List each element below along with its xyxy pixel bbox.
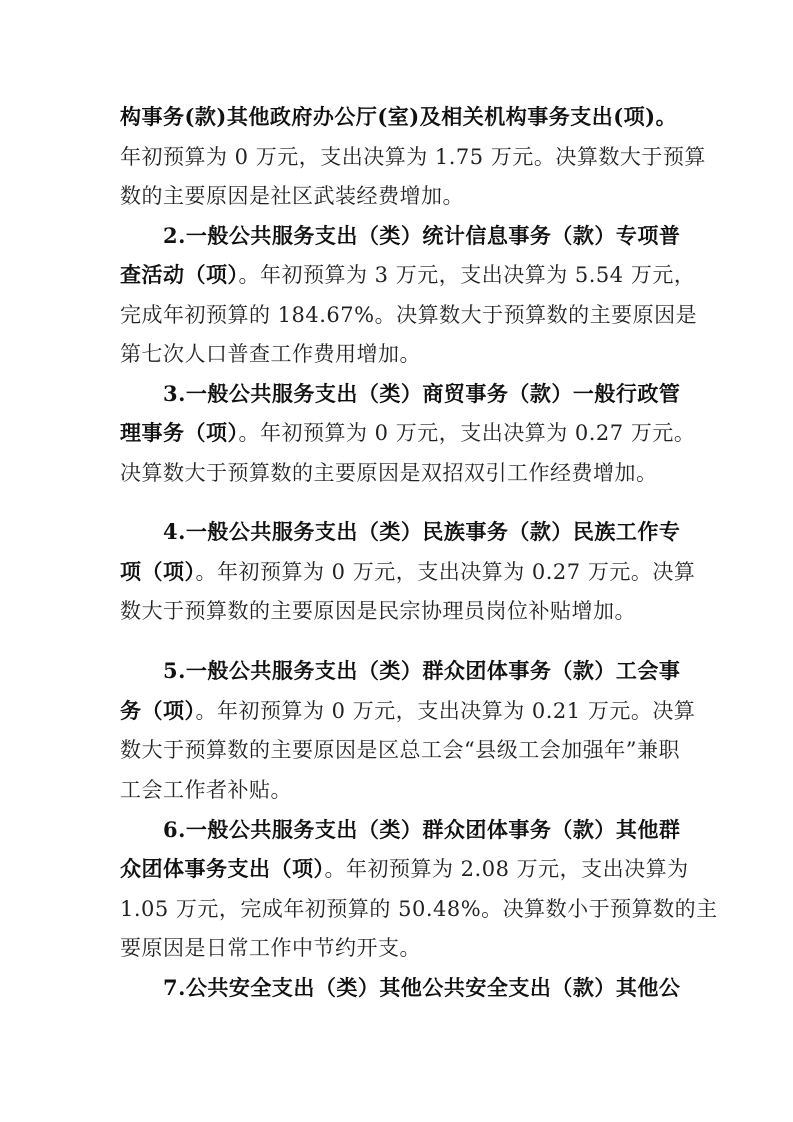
body-text: 数大于预算数的主要原因是区总工会“县级工会加强年”兼职: [120, 738, 680, 762]
paragraph-3-line-3: 决算数大于预算数的主要原因是双招双引工作经费增加。: [120, 459, 676, 487]
body-text: 。年初预算为 2.08 万元，支出决算为: [325, 857, 689, 881]
document-page: 构事务(款)其他政府办公厅(室)及相关机构事务支出(项)。 年初预算为 0 万元…: [0, 0, 793, 1122]
item-title-bold: 7.公共安全支出（类）其他公共安全支出（款）其他公: [163, 975, 680, 1000]
item-title-bold: 务（项）: [120, 698, 196, 723]
item-title-bold: 5.一般公共服务支出（类）群众团体事务（款）工会事: [163, 658, 680, 683]
paragraph-2-line-2: 查活动（项）。年初预算为 3 万元，支出决算为 5.54 万元，: [120, 261, 676, 289]
paragraph-5-line-1: 5.一般公共服务支出（类）群众团体事务（款）工会事: [163, 657, 676, 685]
body-text: 。年初预算为 0 万元，支出决算为 0.27 万元。决算: [196, 560, 696, 584]
body-text: 。年初预算为 3 万元，支出决算为 5.54 万元，: [239, 263, 696, 287]
body-text: 1.05 万元，完成年初预算的 50.48%。决算数小于预算数的主: [120, 897, 718, 921]
paragraph-2-line-4: 第七次人口普查工作费用增加。: [120, 340, 676, 368]
paragraph-6-line-4: 要原因是日常工作中节约开支。: [120, 934, 676, 962]
paragraph-1-line-2: 年初预算为 0 万元，支出决算为 1.75 万元。决算数大于预算: [120, 143, 676, 171]
paragraph-5-line-2: 务（项）。年初预算为 0 万元，支出决算为 0.21 万元。决算: [120, 697, 676, 725]
item-title-bold: 构事务(款)其他政府办公厅(室)及相关机构事务支出(项)。: [120, 104, 677, 129]
paragraph-6-line-3: 1.05 万元，完成年初预算的 50.48%。决算数小于预算数的主: [120, 895, 676, 923]
paragraph-5-line-4: 工会工作者补贴。: [120, 776, 676, 804]
body-text: 决算数大于预算数的主要原因是双招双引工作经费增加。: [120, 461, 658, 485]
paragraph-7-line-1: 7.公共安全支出（类）其他公共安全支出（款）其他公: [163, 974, 676, 1002]
paragraph-5-line-3: 数大于预算数的主要原因是区总工会“县级工会加强年”兼职: [120, 736, 676, 764]
paragraph-6-line-1: 6.一般公共服务支出（类）群众团体事务（款）其他群: [163, 816, 676, 844]
item-title-bold: 理事务（项）: [120, 420, 239, 445]
body-text: 。年初预算为 0 万元，支出决算为 0.21 万元。决算: [196, 699, 696, 723]
paragraph-1-line-3: 数的主要原因是社区武装经费增加。: [120, 182, 676, 210]
item-title-bold: 4.一般公共服务支出（类）民族事务（款）民族工作专: [163, 519, 680, 544]
paragraph-2-line-3: 完成年初预算的 184.67%。决算数大于预算数的主要原因是: [120, 301, 676, 329]
body-text: 工会工作者补贴。: [120, 778, 292, 802]
body-text: 完成年初预算的 184.67%。决算数大于预算数的主要原因是: [120, 303, 697, 327]
body-text: 第七次人口普查工作费用增加。: [120, 342, 421, 366]
body-text: 数大于预算数的主要原因是民宗协理员岗位补贴增加。: [120, 599, 636, 623]
item-title-bold: 查活动（项）: [120, 262, 239, 287]
paragraph-4-line-2: 项（项）。年初预算为 0 万元，支出决算为 0.27 万元。决算: [120, 558, 676, 586]
item-title-bold: 2.一般公共服务支出（类）统计信息事务（款）专项普: [163, 223, 680, 248]
paragraph-2-line-1: 2.一般公共服务支出（类）统计信息事务（款）专项普: [163, 222, 676, 250]
item-title-bold: 6.一般公共服务支出（类）群众团体事务（款）其他群: [163, 817, 680, 842]
paragraph-4-line-3: 数大于预算数的主要原因是民宗协理员岗位补贴增加。: [120, 597, 676, 625]
paragraph-1-line-1: 构事务(款)其他政府办公厅(室)及相关机构事务支出(项)。: [120, 103, 676, 131]
body-text: 年初预算为 0 万元，支出决算为 1.75 万元。决算数大于预算: [120, 145, 706, 169]
item-title-bold: 众团体事务支出（项）: [120, 856, 325, 881]
item-title-bold: 3.一般公共服务支出（类）商贸事务（款）一般行政管: [163, 381, 680, 406]
paragraph-4-line-1: 4.一般公共服务支出（类）民族事务（款）民族工作专: [163, 518, 676, 546]
paragraph-3-line-2: 理事务（项）。年初预算为 0 万元，支出决算为 0.27 万元。: [120, 419, 676, 447]
body-text: 要原因是日常工作中节约开支。: [120, 936, 421, 960]
body-text: 数的主要原因是社区武装经费增加。: [120, 184, 464, 208]
body-text: 。年初预算为 0 万元，支出决算为 0.27 万元。: [239, 421, 696, 445]
paragraph-3-line-1: 3.一般公共服务支出（类）商贸事务（款）一般行政管: [163, 380, 676, 408]
item-title-bold: 项（项）: [120, 559, 196, 584]
paragraph-6-line-2: 众团体事务支出（项）。年初预算为 2.08 万元，支出决算为: [120, 855, 676, 883]
